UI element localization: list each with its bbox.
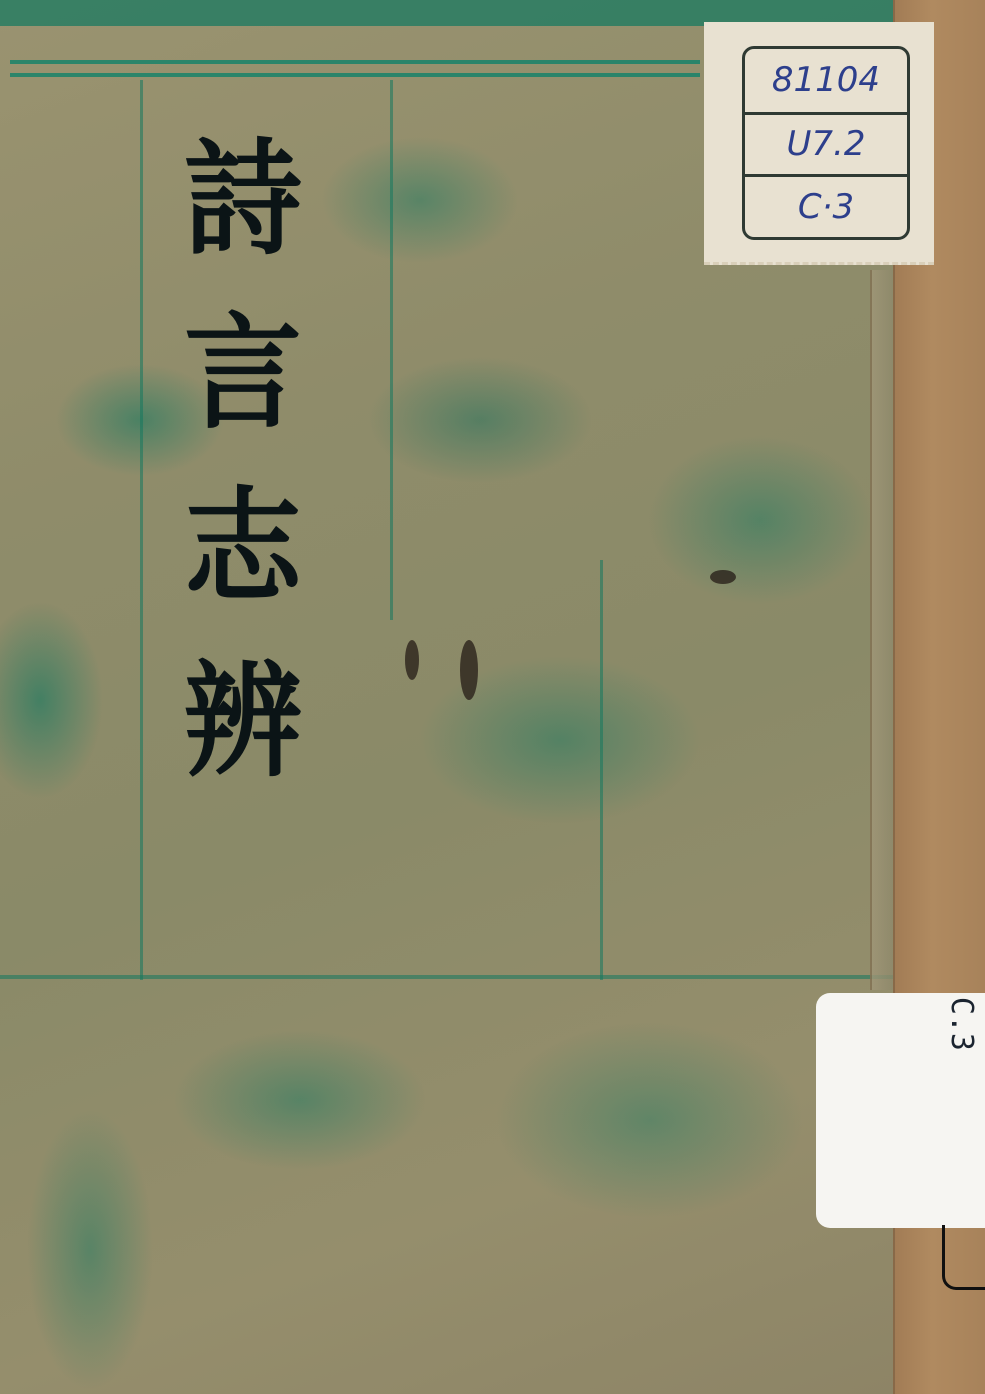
call-number: U7.2 (745, 112, 907, 175)
ink-stain (405, 640, 419, 680)
title-char: 詩 (184, 137, 302, 261)
copy-number: C·3 (745, 174, 907, 237)
ink-stain (460, 640, 478, 700)
label-frame: 81104 U7.2 C·3 (742, 46, 910, 240)
copy-sticker: C.3 (816, 993, 985, 1228)
copy-sticker-text: C.3 (944, 997, 979, 1051)
decorative-rule (10, 60, 700, 64)
lower-label-frame (942, 1225, 985, 1290)
title-char: 志 (184, 485, 302, 609)
illustration-line (140, 80, 143, 980)
decorative-rule (10, 73, 700, 77)
library-call-number-label: 81104 U7.2 C·3 (704, 22, 934, 265)
accession-number: 81104 (745, 49, 907, 112)
book-title: 詩 言 志 辨 (168, 140, 318, 780)
title-char: 辨 (184, 659, 302, 783)
ink-stain (710, 570, 736, 584)
illustration-line (600, 560, 603, 980)
illustration-line (390, 80, 393, 620)
title-char: 言 (184, 311, 302, 435)
illustration-line (0, 975, 905, 979)
